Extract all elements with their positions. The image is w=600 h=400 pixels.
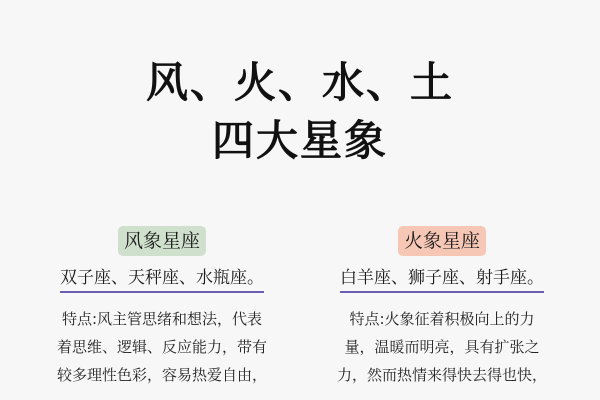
desc-line: 特点:风主管思绪和想法，代表 xyxy=(32,305,292,333)
main-title-line2: 四大星象 xyxy=(0,108,600,168)
desc-line: 着思维、逻辑、反应能力，带有 xyxy=(32,333,292,361)
fire-signs-section: 火象星座 白羊座、狮子座、射手座。 特点:火象征着积极向上的力 量，温暖而明亮，… xyxy=(312,226,572,389)
air-signs-list: 双子座、天秤座、水瓶座。 xyxy=(60,266,264,293)
air-signs-section: 风象星座 双子座、天秤座、水瓶座。 特点:风主管思绪和想法，代表 着思维、逻辑、… xyxy=(32,226,292,389)
main-title-line1: 风、火、水、土 xyxy=(0,50,600,110)
desc-line: 量，温暖而明亮，具有扩张之 xyxy=(312,333,572,361)
air-signs-description: 特点:风主管思绪和想法，代表 着思维、逻辑、反应能力，带有 较多理性色彩，容易热… xyxy=(32,305,292,389)
fire-signs-badge: 火象星座 xyxy=(398,226,486,256)
desc-line: 较多理性色彩，容易热爱自由， xyxy=(32,361,292,389)
desc-line: 力，然而热情来得快去得也快， xyxy=(312,361,572,389)
air-signs-badge: 风象星座 xyxy=(118,226,206,256)
fire-signs-list: 白羊座、狮子座、射手座。 xyxy=(340,266,544,293)
fire-signs-description: 特点:火象征着积极向上的力 量，温暖而明亮，具有扩张之 力，然而热情来得快去得也… xyxy=(312,305,572,389)
desc-line: 特点:火象征着积极向上的力 xyxy=(312,305,572,333)
